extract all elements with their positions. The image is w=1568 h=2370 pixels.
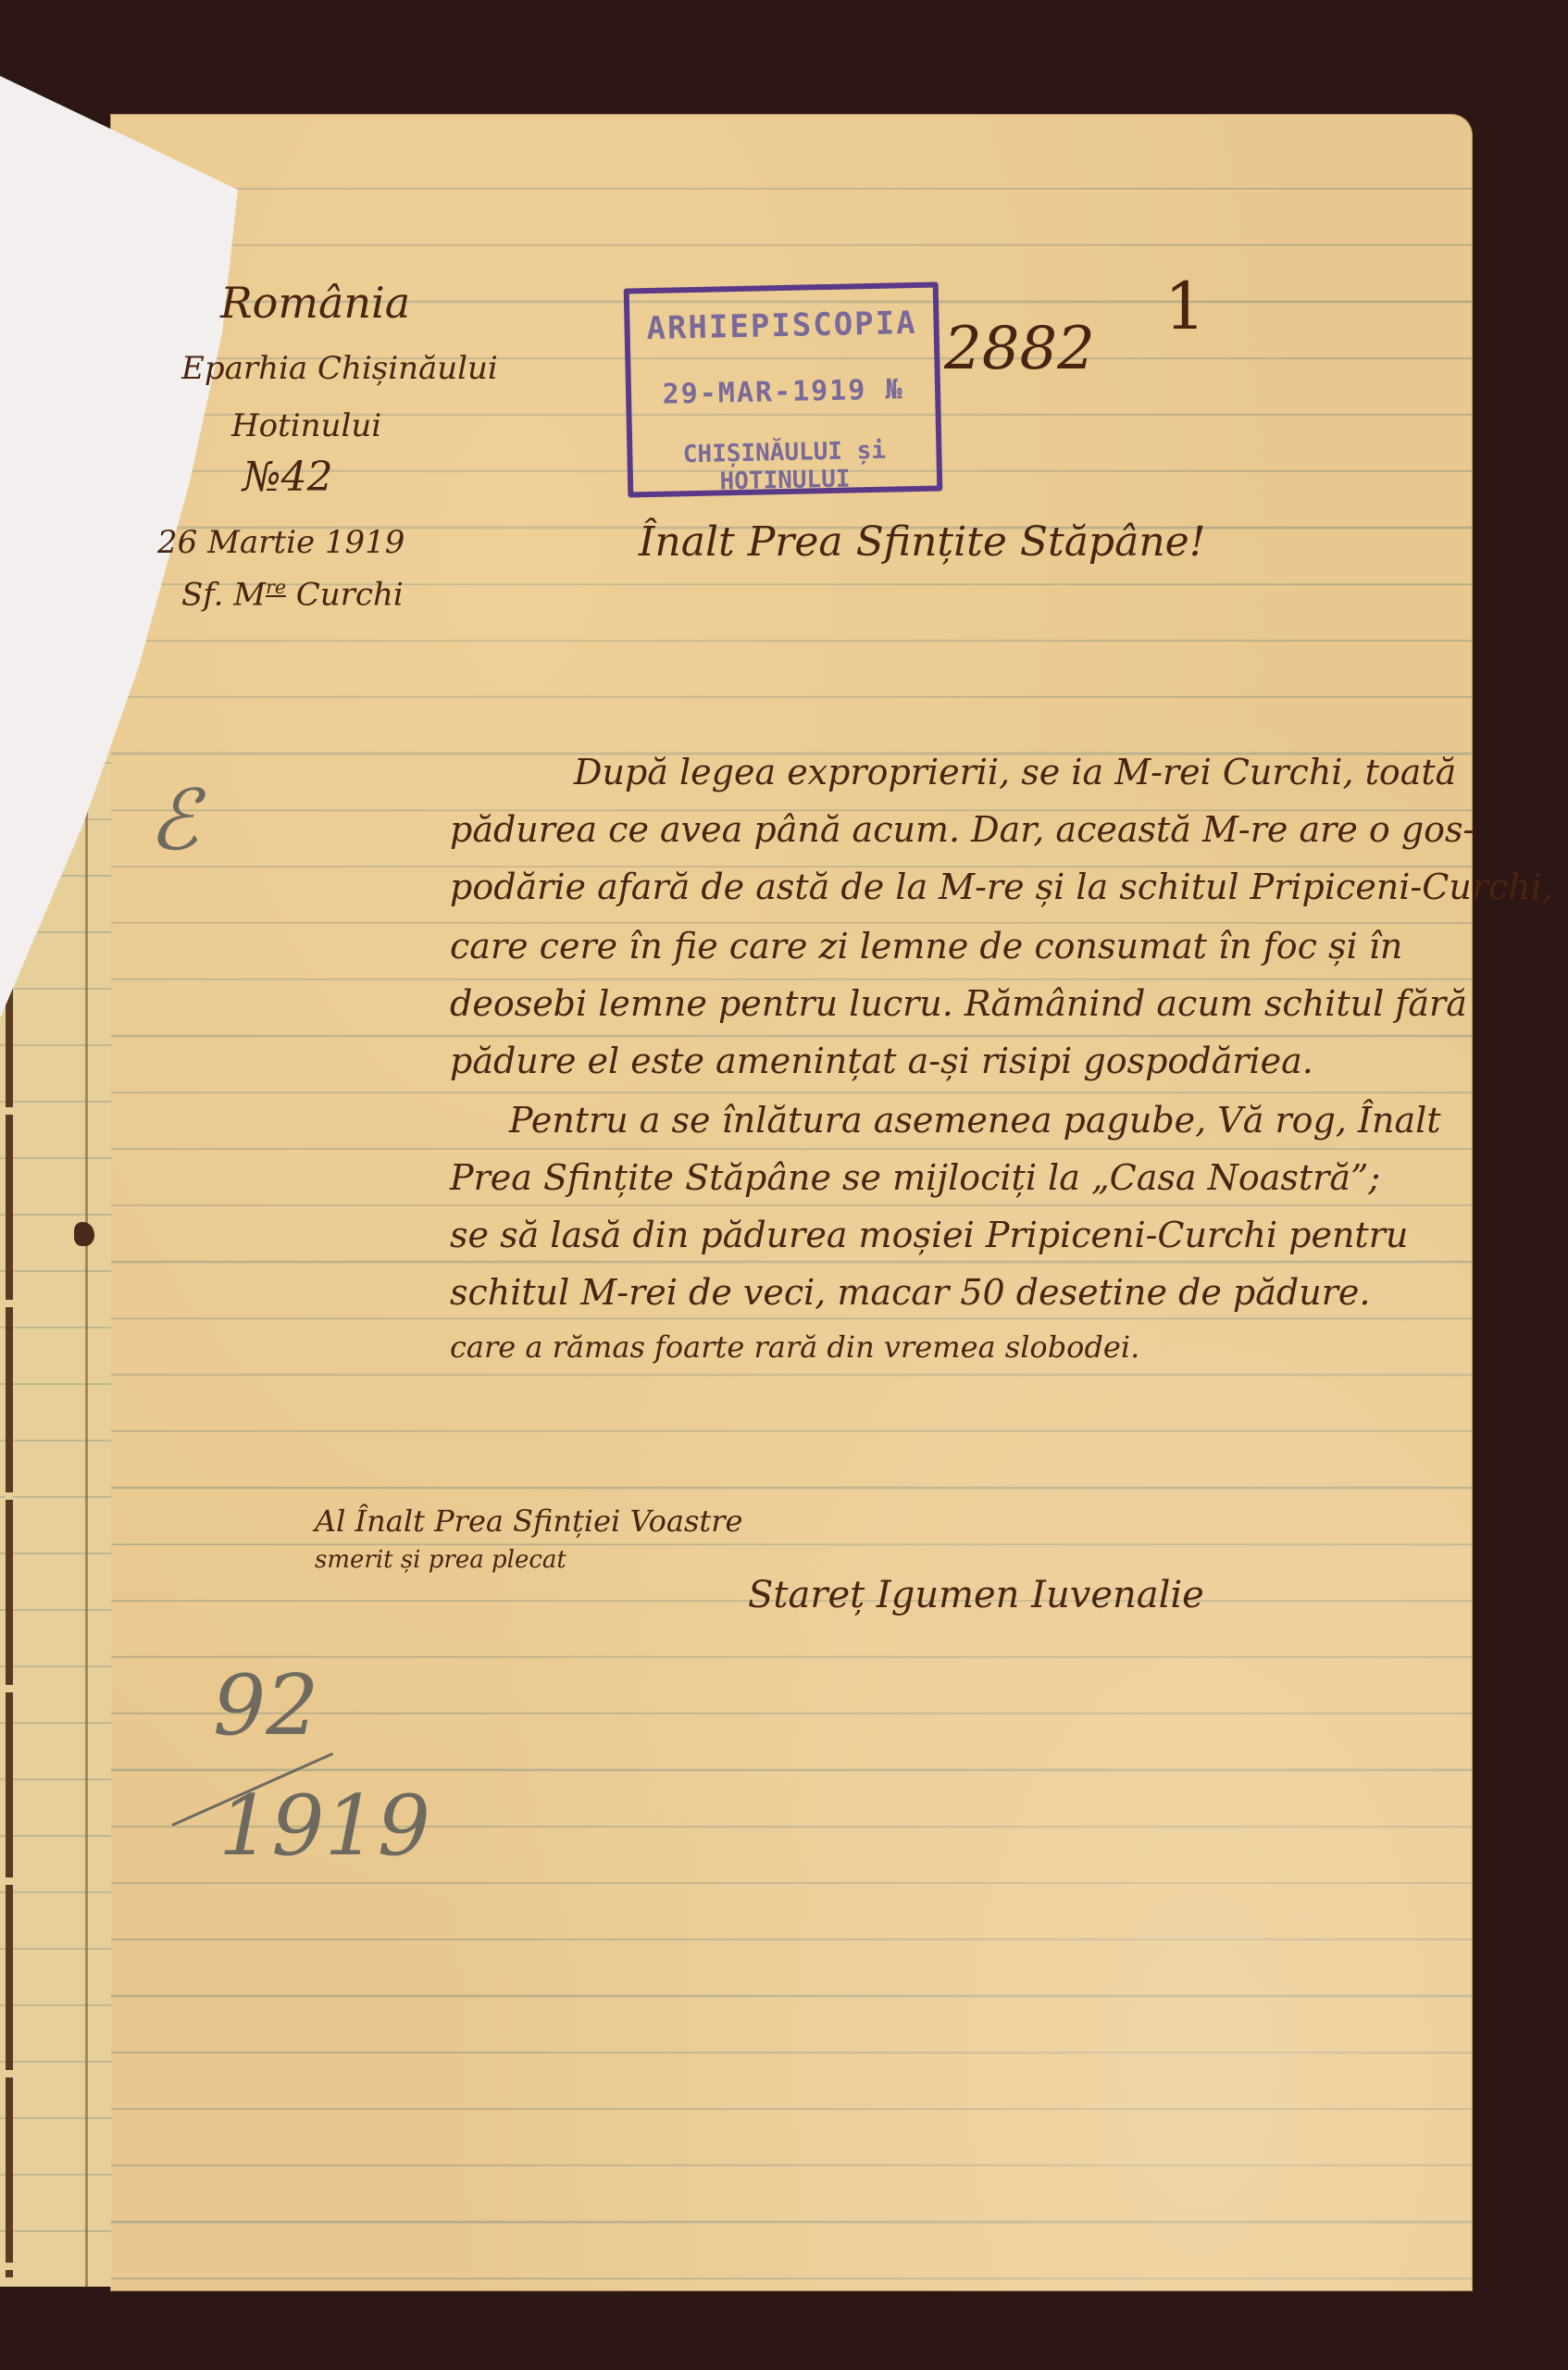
header-monastery: Sf. Mre Curchi [181,576,404,613]
archive-number-numerator: 92 [213,1657,319,1754]
archive-number-year: 1919 [218,1777,430,1875]
body-line: podărie afară de astă de la M-re și la s… [450,867,1553,907]
number-label: № [243,454,281,501]
number-value: 42 [281,454,333,501]
stamp-date: 29-MAR-1919 № [631,373,936,412]
body-line: pădurea ce avea până acum. Dar, această … [450,809,1475,850]
body-line: care cere în fie care zi lemne de consum… [450,926,1402,967]
margin-pencil-mark: ℰ [148,772,199,869]
archdiocese-stamp: ARHIEPISCOPIA 29-MAR-1919 № CHIȘINĂULUI … [624,281,943,497]
body-line: deosebi lemne pentru lucru. Rămânind acu… [450,983,1467,1024]
stamp-diocese: CHIȘINĂULUI și HOTINULUI [632,436,937,498]
tear-damage [74,1222,94,1246]
stamp-title: ARHIEPISCOPIA [629,305,934,348]
closing-line1: Al Înalt Prea Sfinției Voastre [315,1503,742,1539]
header-date: 26 Martie 1919 [157,524,404,561]
body-line: pădure el este amenințat a-și risipi gos… [450,1041,1313,1081]
registry-number: 2882 [944,315,1095,383]
body-line: se să lasă din pădurea moșiei Pripiceni-… [450,1215,1408,1255]
body-line: Pentru a se înlătura asemenea pagube, Vă… [509,1100,1441,1141]
signature: Stareț Igumen Iuvenalie [748,1574,1204,1616]
body-line: După legea exproprierii, se ia M-rei Cur… [574,752,1456,792]
salutation: Înalt Prea Sfințite Stăpâne! [639,518,1205,566]
body-line: Prea Sfințite Stăpâne se mijlociți la „C… [450,1157,1380,1198]
body-line: care a rămas foarte rară din vremea slob… [450,1329,1139,1365]
header-eparchy-line1: Eparhia Chișinăului [181,350,498,387]
header-eparchy-line2: Hotinului [231,407,381,444]
body-line: schitul M-rei de veci, macar 50 desetine… [450,1272,1370,1313]
header-number: №42 [243,454,333,501]
header-country: România [220,278,410,328]
closing-line2: smerit și prea plecat [315,1546,566,1574]
page-number-mark: 1 [1164,268,1206,344]
